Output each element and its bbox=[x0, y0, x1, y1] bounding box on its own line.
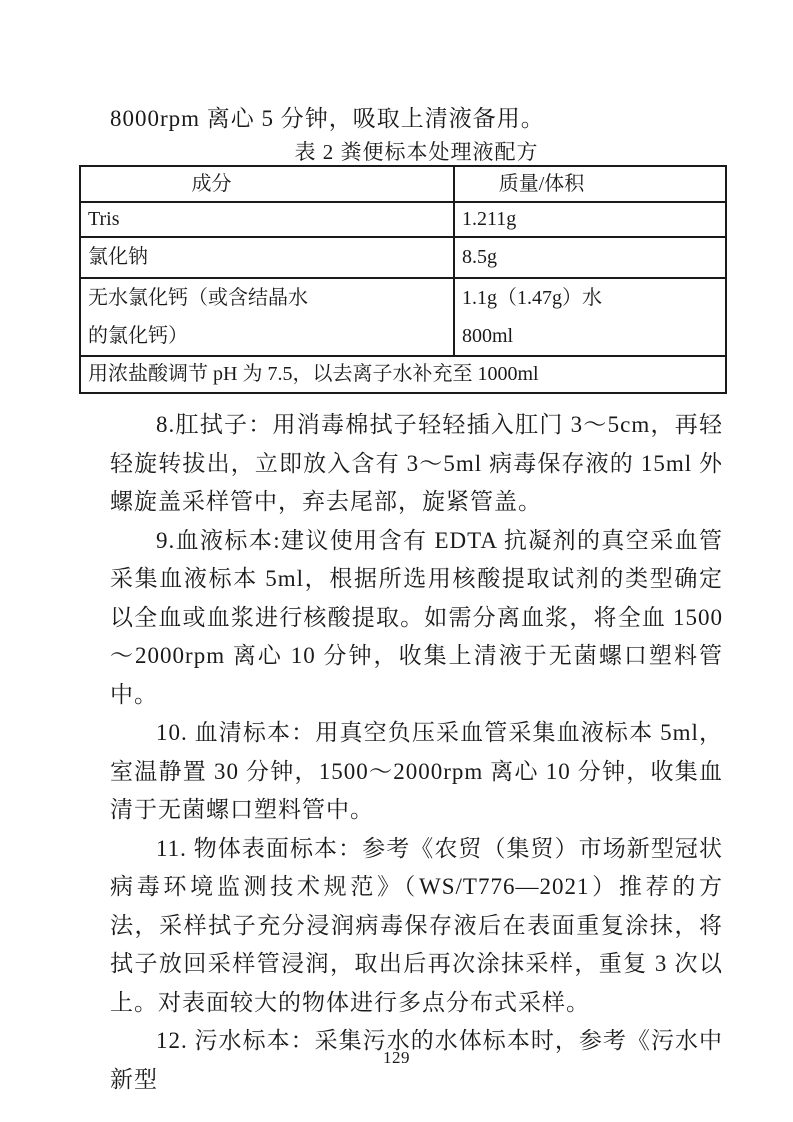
cell-component: Tris bbox=[80, 202, 454, 237]
document-page: 8000rpm 离心 5 分钟，吸取上清液备用。 表 2 粪便标本处理液配方 成… bbox=[0, 0, 793, 1122]
cell-component: 氯化钠 bbox=[80, 237, 454, 278]
paragraph-surface-sample: 11. 物体表面标本：参考《农贸（集贸）市场新型冠状病毒环境监测技术规范》（WS… bbox=[110, 830, 723, 1023]
cell-amount: 1.211g bbox=[454, 202, 726, 237]
page-number: 129 bbox=[0, 1048, 793, 1068]
table-note: 用浓盐酸调节 pH 为 7.5，以去离子水补充至 1000ml bbox=[80, 356, 726, 393]
intro-line: 8000rpm 离心 5 分钟，吸取上清液备用。 bbox=[110, 100, 723, 139]
paragraph-blood-sample: 9.血液标本:建议使用含有 EDTA 抗凝剂的真空采血管采集血液标本 5ml，根… bbox=[110, 522, 723, 715]
paragraph-serum-sample: 10. 血清标本：用真空负压采血管采集血液标本 5ml，室温静置 30 分钟，1… bbox=[110, 714, 723, 830]
cell-amount: 8.5g bbox=[454, 237, 726, 278]
table-note-row: 用浓盐酸调节 pH 为 7.5，以去离子水补充至 1000ml bbox=[80, 356, 726, 393]
table-row-cacl2: 无水氯化钙（或含结晶水 的氯化钙） 1.1g（1.47g）水 800ml bbox=[80, 278, 726, 356]
cell-amount-line1: 1.1g（1.47g）水 bbox=[462, 279, 725, 317]
table-row-nacl: 氯化钠 8.5g bbox=[80, 237, 726, 278]
col-header-component: 成分 bbox=[80, 166, 454, 202]
table-row-tris: Tris 1.211g bbox=[80, 202, 726, 237]
ingredients-table: 成分 质量/体积 Tris 1.211g 氯化钠 8.5g 无水氯化钙（或含结晶… bbox=[79, 165, 727, 394]
cell-amount: 1.1g（1.47g）水 800ml bbox=[454, 278, 726, 356]
body-text: 8.肛拭子：用消毒棉拭子轻轻插入肛门 3～5cm，再轻轻旋转拔出，立即放入含有 … bbox=[110, 406, 723, 1099]
cell-amount-line2: 800ml bbox=[462, 317, 725, 355]
table-caption: 表 2 粪便标本处理液配方 bbox=[110, 136, 723, 168]
cell-component: 无水氯化钙（或含结晶水 的氯化钙） bbox=[80, 278, 454, 356]
table-header-row: 成分 质量/体积 bbox=[80, 166, 726, 202]
cell-component-line1: 无水氯化钙（或含结晶水 bbox=[88, 279, 453, 317]
col-header-amount: 质量/体积 bbox=[454, 166, 726, 202]
cell-component-line2: 的氯化钙） bbox=[88, 317, 453, 355]
paragraph-anal-swab: 8.肛拭子：用消毒棉拭子轻轻插入肛门 3～5cm，再轻轻旋转拔出，立即放入含有 … bbox=[110, 406, 723, 522]
